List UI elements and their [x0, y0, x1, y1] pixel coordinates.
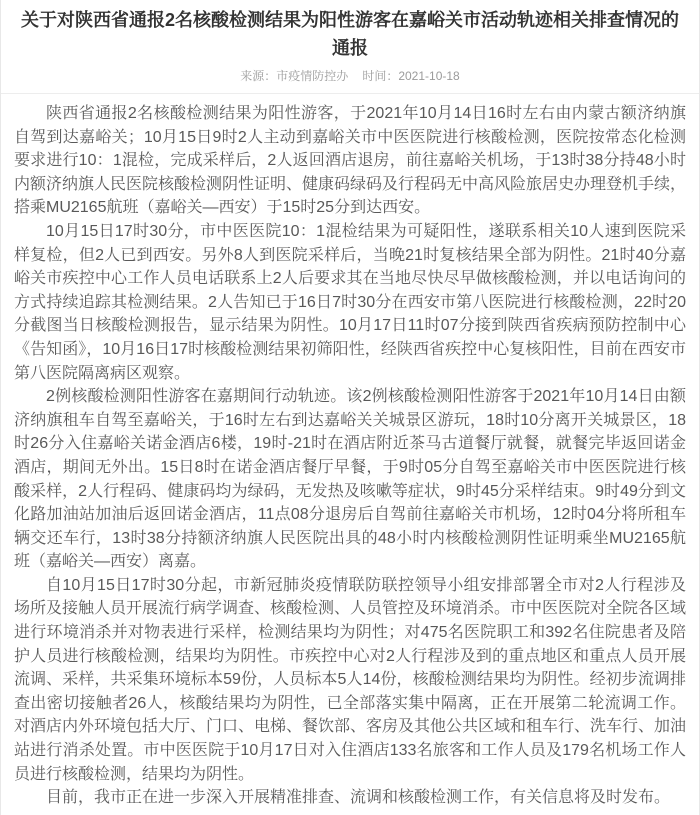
meta-source-label: 来源： — [240, 69, 276, 83]
paragraph-screening-measures: 自10月15日17时30分起，市新冠肺炎疫情联防联控领导小组安排部署全市对2人行… — [14, 574, 686, 786]
paragraph-arrival-summary: 陕西省通报2名核酸检测结果为阳性游客，于2021年10月14日16时左右由内蒙古… — [14, 102, 686, 220]
notice-meta: 来源：市疫情防控办时间：2021-10-18 — [18, 68, 682, 84]
paragraph-retest-and-confirmation: 10月15日17时30分，市中医医院10：1混检结果为可疑阳性，遂联系相关10人… — [14, 220, 686, 385]
notice-page: 关于对陕西省通报2名核酸检测结果为阳性游客在嘉峪关市活动轨迹相关排查情况的通报 … — [0, 0, 700, 815]
paragraph-closing: 目前，我市正在进一步深入开展精准排查、流调和核酸检测工作，有关信息将及时发布。 — [14, 786, 686, 810]
notice-body: 陕西省通报2名核酸检测结果为阳性游客，于2021年10月14日16时左右由内蒙古… — [1, 94, 699, 815]
paragraph-activity-track: 2例核酸检测阳性游客在嘉期间行动轨迹。该2例核酸检测阳性游客于2021年10月1… — [14, 385, 686, 574]
notice-header: 关于对陕西省通报2名核酸检测结果为阳性游客在嘉峪关市活动轨迹相关排查情况的通报 … — [1, 0, 699, 84]
meta-time-label: 时间： — [362, 69, 398, 83]
meta-time-value: 2021-10-18 — [398, 69, 459, 83]
notice-title: 关于对陕西省通报2名核酸检测结果为阳性游客在嘉峪关市活动轨迹相关排查情况的通报 — [18, 6, 682, 62]
meta-source-value: 市疫情防控办 — [276, 69, 348, 83]
